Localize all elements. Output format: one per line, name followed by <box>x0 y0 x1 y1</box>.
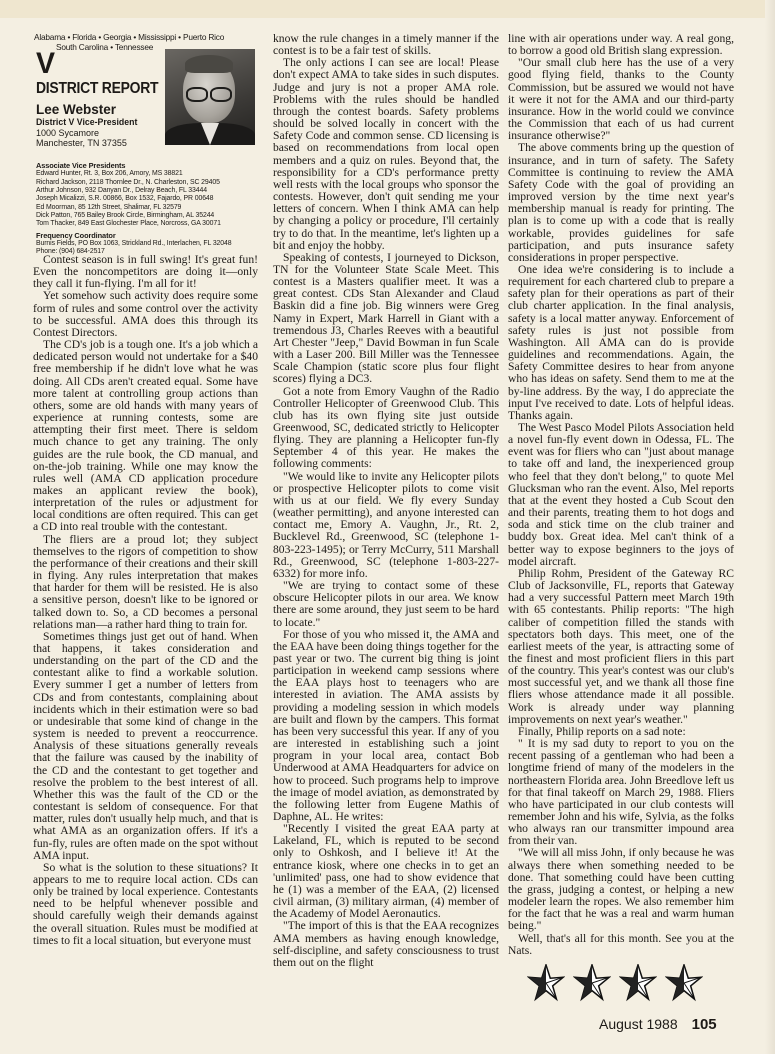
states-line-1: Alabama • Florida • Georgia • Mississipp… <box>34 32 259 42</box>
column-title: DISTRICT REPORT <box>36 80 158 98</box>
paragraph: "We will all miss John, if only because … <box>508 847 734 932</box>
associate-entry: Tom Thacker, 849 East Glochester Place, … <box>36 220 261 228</box>
paragraph: Philip Rohm, President of the Gateway RC… <box>508 568 734 726</box>
paragraph: Got a note from Emory Vaughn of the Radi… <box>273 386 499 471</box>
paragraph: The only actions I can see are local! Pl… <box>273 57 499 252</box>
star-icon <box>573 964 611 1002</box>
paragraph: "We would like to invite any Helicopter … <box>273 471 499 580</box>
author-name: Lee Webster <box>36 102 146 117</box>
frequency-heading: Frequency Coordinator <box>36 232 261 240</box>
associate-entry: Joseph Micalizzi, S.R. 00866, Box 1532, … <box>36 195 261 203</box>
frequency-address: Burnis Fields, PO Box 1063, Strickland R… <box>36 240 261 248</box>
paragraph: "Our small club here has the use of a ve… <box>508 57 734 142</box>
article-column-1: Contest season is in full swing! It's gr… <box>33 254 258 947</box>
paragraph: "Recently I visited the great EAA party … <box>273 823 499 920</box>
paragraph: The fliers are a proud lot; they subject… <box>33 534 258 631</box>
paragraph: Speaking of contests, I journeyed to Dic… <box>273 252 499 386</box>
associate-entry: Dick Patton, 765 Bailey Brook Circle, Bi… <box>36 212 261 220</box>
paragraph: Yet somehow such activity does require s… <box>33 290 258 339</box>
associate-entry: Arthur Johnson, 932 Danyan Dr., Delray B… <box>36 187 261 195</box>
district-numeral: V <box>36 50 55 78</box>
paragraph: Contest season is in full swing! It's gr… <box>33 254 258 290</box>
paragraph: Sometimes things just get out of hand. W… <box>33 631 258 862</box>
address-line-1: 1000 Sycamore <box>36 128 146 138</box>
star-icon <box>619 964 657 1002</box>
star-icon <box>665 964 703 1002</box>
article-column-3: line with air operations under way. A re… <box>508 2 734 957</box>
paragraph: The CD's job is a tough one. It's a job … <box>33 339 258 534</box>
associate-entry: Richard Jackson, 2118 Thornlee Dr., N. C… <box>36 179 261 187</box>
paragraph: The West Pasco Model Pilots Association … <box>508 422 734 568</box>
paragraph: "We are trying to contact some of these … <box>273 580 499 629</box>
associate-entry: Ed Moorman, 85 12th Street, Shalimar, FL… <box>36 204 261 212</box>
photo-hair <box>185 55 233 73</box>
end-ornament <box>527 964 707 1004</box>
byline: Lee Webster District V Vice-President 10… <box>36 102 146 148</box>
author-photo <box>165 49 255 145</box>
article-column-2: know the rule changes in a timely manner… <box>273 2 499 969</box>
page-edge <box>765 0 775 1054</box>
officers-list: Associate Vice Presidents Edward Hunter,… <box>36 162 261 257</box>
photo-glasses <box>186 87 232 99</box>
paragraph: know the rule changes in a timely manner… <box>273 33 499 57</box>
issue-date: August 1988 <box>599 1016 678 1032</box>
paragraph: line with air operations under way. A re… <box>508 33 734 57</box>
page-number: 105 <box>692 1016 717 1033</box>
page-footer: August 1988105 <box>599 1016 717 1033</box>
paragraph: "The import of this is that the EAA reco… <box>273 920 499 969</box>
paragraph: So what is the solution to these situati… <box>33 862 258 947</box>
associate-entry: Edward Hunter, Rt. 3, Box 206, Amory, MS… <box>36 170 261 178</box>
paragraph: For those of you who missed it, the AMA … <box>273 629 499 824</box>
star-icon <box>527 964 565 1002</box>
paragraph: " It is my sad duty to report to you on … <box>508 738 734 847</box>
paragraph: The above comments bring up the question… <box>508 142 734 264</box>
address-line-2: Manchester, TN 37355 <box>36 138 146 148</box>
paragraph: One idea we're considering is to include… <box>508 264 734 422</box>
paragraph: Well, that's all for this month. See you… <box>508 933 734 957</box>
author-role: District V Vice-President <box>36 117 137 128</box>
associates-heading: Associate Vice Presidents <box>36 162 261 170</box>
